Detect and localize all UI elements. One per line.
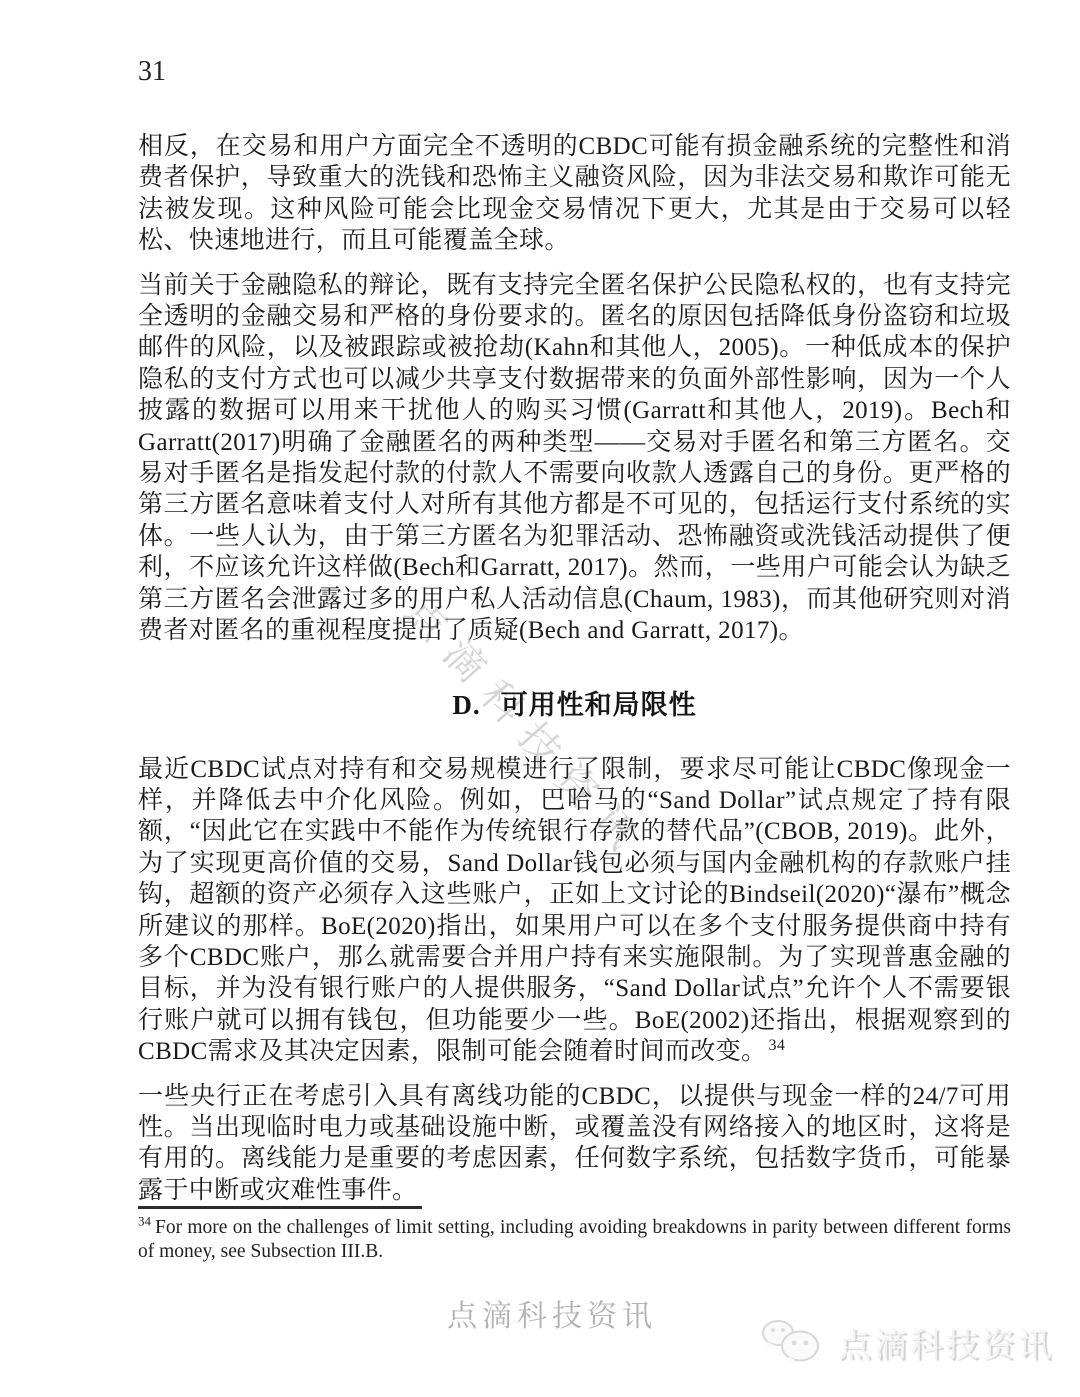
footnote-marker: 34 <box>138 1214 151 1229</box>
bottom-right-watermark-text: 点滴科技资讯 <box>838 1319 1054 1366</box>
bottom-right-watermark: 点滴科技资讯 <box>758 1316 1054 1368</box>
bottom-center-watermark: 点滴科技资讯 <box>447 1291 657 1335</box>
page-body: 相反，在交易和用户方面完全不透明的CBDC可能有损金融系统的完整性和消费者保护，… <box>138 131 1011 1219</box>
paragraph-limits-pilots: 最近CBDC试点对持有和交易规模进行了限制，要求尽可能让CBDC像现金一样，并降… <box>138 754 1011 1068</box>
footnote-separator <box>138 1206 422 1209</box>
section-letter: D. <box>452 690 480 720</box>
document-page: 31 点滴科技资讯 相反，在交易和用户方面完全不透明的CBDC可能有损金融系统的… <box>0 0 1080 1397</box>
paragraph-offline-availability: 一些央行正在考虑引入具有离线功能的CBDC，以提供与现金一样的24/7可用性。当… <box>138 1081 1011 1207</box>
section-heading: D.可用性和局限性 <box>138 683 1011 722</box>
footnote-body: For more on the challenges of limit sett… <box>138 1217 1011 1262</box>
footnote: 34For more on the challenges of limit se… <box>138 1216 1011 1264</box>
section-title: 可用性和局限性 <box>501 690 697 720</box>
footnote-area: 34For more on the challenges of limit se… <box>138 1206 1011 1264</box>
paragraph-limits-pilots-text: 最近CBDC试点对持有和交易规模进行了限制，要求尽可能让CBDC像现金一样，并降… <box>138 756 1011 1066</box>
page-number: 31 <box>138 56 166 88</box>
paragraph-privacy-debate: 当前关于金融隐私的辩论，既有支持完全匿名保护公民隐私权的，也有支持完全透明的金融… <box>138 270 1011 647</box>
footnote-reference: 34 <box>768 1037 785 1054</box>
wechat-bubbles-icon <box>758 1316 828 1368</box>
paragraph-transparency-risks: 相反，在交易和用户方面完全不透明的CBDC可能有损金融系统的完整性和消费者保护，… <box>138 131 1011 257</box>
